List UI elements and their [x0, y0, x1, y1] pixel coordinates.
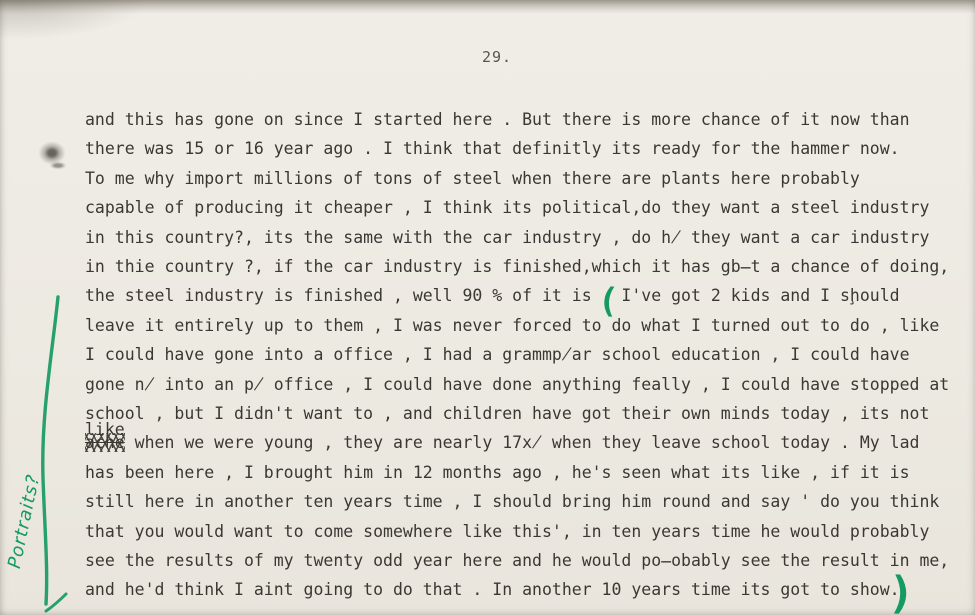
typed-line: in this country?, its the same with the …: [85, 228, 929, 252]
margin-note-handwriting: Portraits?: [4, 472, 44, 570]
typed-line: school , but I didn't want to , and chil…: [85, 404, 929, 428]
ink-smudge-small: [50, 162, 66, 169]
typed-line: see the results of my twenty odd year he…: [85, 551, 949, 575]
typed-line: and this has gone on since I started her…: [85, 110, 910, 134]
page-number: 29.: [482, 48, 512, 66]
interlinear-insertion: like: [85, 420, 125, 439]
pen-paren-open: (: [597, 280, 620, 321]
typed-line: the steel industry is finished , well 90…: [85, 286, 900, 310]
scanned-page: 29. and this has gone on since I started…: [0, 0, 975, 615]
typed-line: that you would want to come somewhere li…: [85, 522, 929, 546]
corner-shade: [0, 0, 150, 40]
typed-line: ache when we were young , they are nearl…: [85, 433, 919, 457]
typed-line: there was 15 or 16 year ago . I think th…: [85, 139, 900, 163]
top-edge-shadow: [0, 0, 975, 14]
typed-line: and he'd think I aint going to do that .…: [85, 580, 900, 604]
typed-line: leave it entirely up to them , I was nev…: [85, 316, 939, 340]
pen-paren-close: ): [887, 568, 915, 615]
typed-line: still here in another ten years time , I…: [85, 492, 939, 516]
typed-line: gone n̸ into an p̸ office , I could have…: [85, 375, 949, 399]
typed-line: To me why import millions of tons of ste…: [85, 169, 860, 193]
typed-line: in thie country ?, if the car industry i…: [85, 257, 949, 281]
typed-line: I could have gone into a office , I had …: [85, 345, 910, 369]
typed-line: has been here , I brought him in 12 mont…: [85, 463, 910, 487]
typed-line: capable of producing it cheaper , I thin…: [85, 198, 929, 222]
